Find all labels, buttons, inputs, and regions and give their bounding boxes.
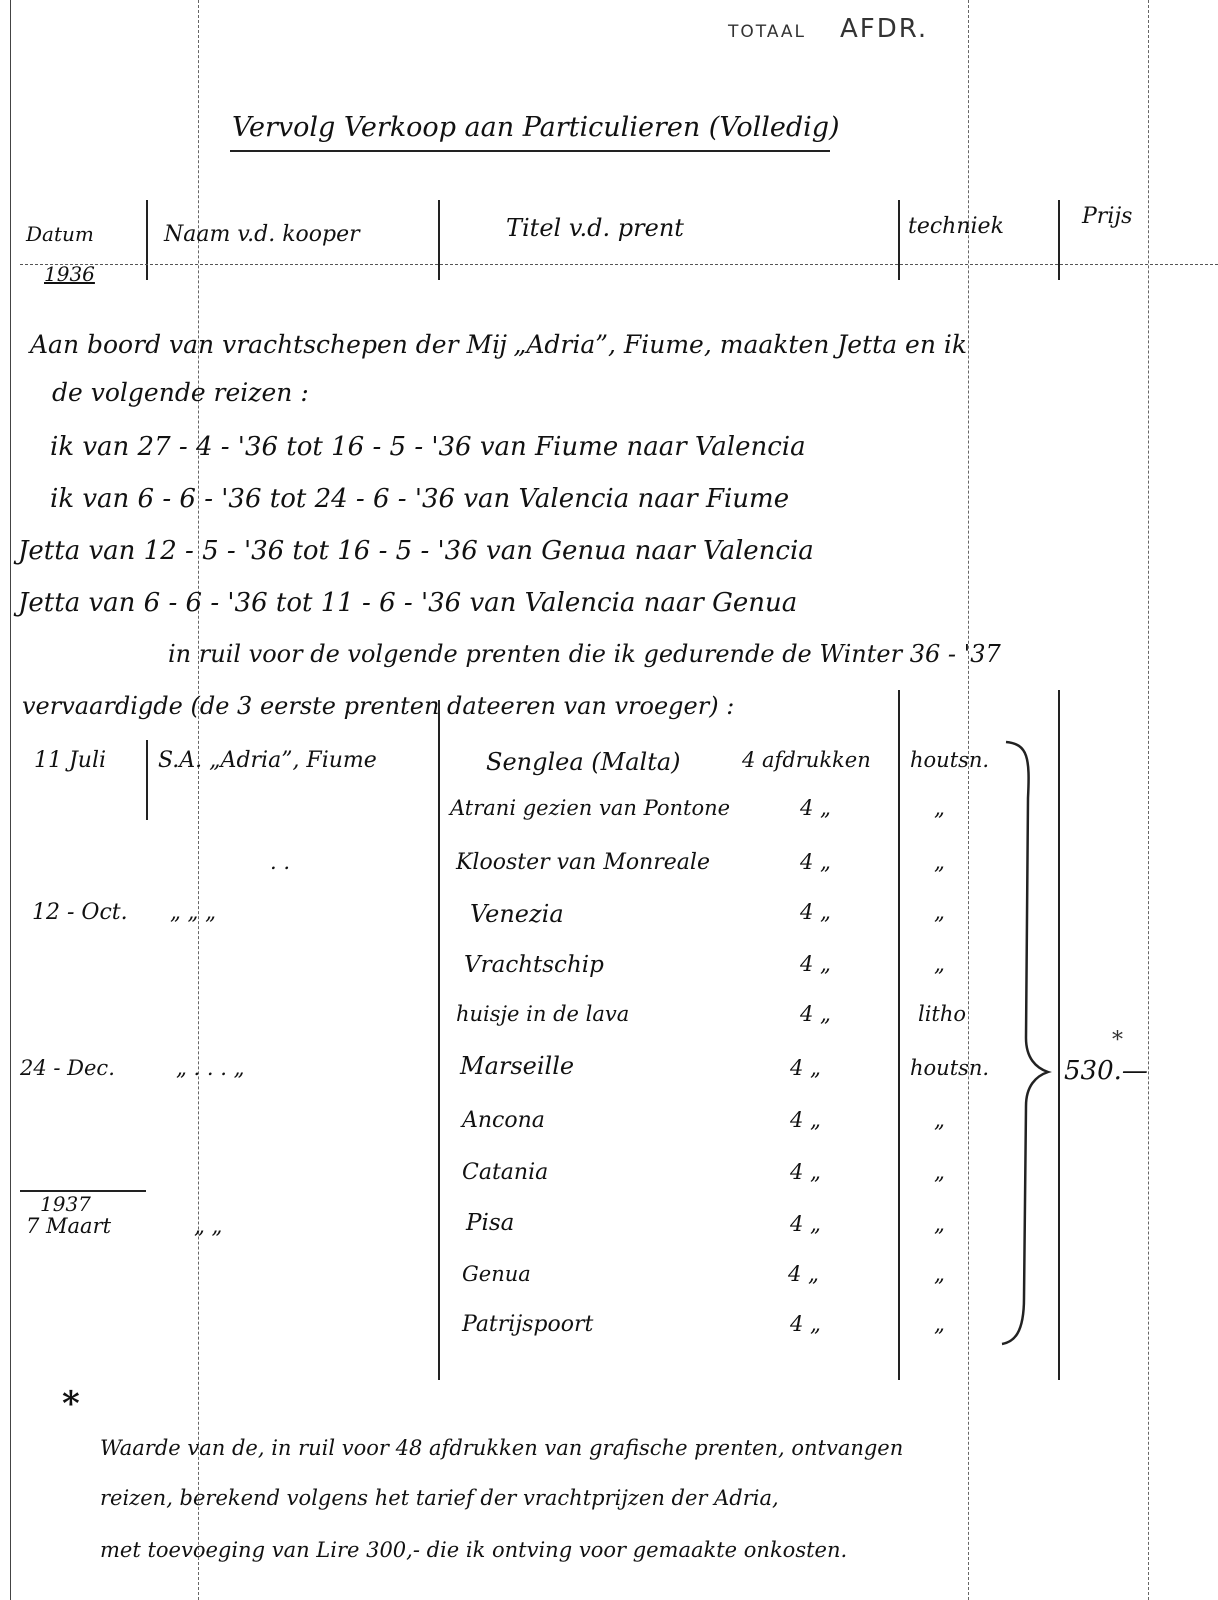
row-tech: „ [934,1160,945,1184]
row-date: 12 - Oct. [32,900,128,925]
header-naam: Naam v.d. kooper [164,222,360,247]
total-price: 530.— [1064,1056,1148,1086]
page-title-text: Vervolg Verkoop aan Particulieren (Volle… [232,112,840,143]
row-count: 4 „ [788,1262,819,1286]
header-prijs: Prijs [1082,204,1132,229]
trip-2: ik van 6 - 6 - '36 tot 24 - 6 - '36 van … [50,484,789,514]
header-datum: Datum [26,222,94,246]
row-buyer: „ . . . „ [176,1056,245,1080]
row-title: Marseille [460,1052,574,1080]
row-tech: litho [918,1002,966,1026]
trip-who: Jetta [18,588,80,618]
header-techniek: techniek [908,214,1004,239]
row-title: Ancona [462,1108,545,1133]
row-count: 4 afdrukken [742,748,871,772]
intro-line-1: Aan boord van vrachtschepen der Mĳ „Adri… [30,330,967,359]
stamp-afdr: AFDR. [840,14,928,44]
trip-text: van 6 - 6 - '36 tot 11 - 6 - '36 van Val… [88,588,797,618]
row-tech: „ [934,900,945,924]
footnote-line-1: Waarde van de, in ruil voor 48 afdrukken… [100,1436,903,1460]
col-sep-3 [898,200,900,280]
trip-who: ik [50,484,74,514]
row-buyer: S.A. „Adria”, Fiume [158,748,377,773]
row-count: 4 „ [790,1160,821,1184]
row-title: Venezia [470,900,564,928]
row-tech: houtsn. [910,748,989,772]
row-count: 4 „ [790,1212,821,1236]
trip-who: ik [50,432,74,462]
row-count: 4 „ [800,796,831,820]
faint-col-line [968,0,969,1600]
trip-text: van 27 - 4 - '36 tot 16 - 5 - '36 van Fi… [82,432,805,462]
row-date: 11 Juli [34,748,106,773]
row-tech: houtsn. [910,1056,989,1080]
row-title: Genua [462,1262,531,1286]
row-tech: „ [934,952,945,976]
row-title: Senglea (Malta) [486,748,681,776]
col-sep-body-1 [146,740,148,820]
title-underline [230,150,830,152]
footnote-line-2: reizen, berekend volgens het tarief der … [100,1486,779,1510]
trip-who: Jetta [18,536,80,566]
row-count: 4 „ [800,952,831,976]
stamp-totaal: TOTAAL [728,22,806,42]
page-title: Vervolg Verkoop aan Particulieren (Volle… [232,112,840,143]
row-title: Patrijspoort [462,1312,593,1337]
col-sep-1 [146,200,148,280]
row-title: Vrachtschip [464,952,604,978]
row-date: 7 Maart [26,1214,111,1238]
trip-4: Jetta van 6 - 6 - '36 tot 11 - 6 - '36 v… [18,588,797,618]
header-titel: Titel v.d. prent [506,214,684,242]
row-count: 4 „ [800,850,831,874]
intro-line-3: in ruil voor de volgende prenten die ik … [168,640,1001,668]
row-tech: „ [934,850,945,874]
row-title: Atrani gezien van Pontone [450,796,730,820]
col-sep-4 [1058,200,1060,280]
row-title: huisje in de lava [456,1002,629,1026]
trip-1: ik van 27 - 4 - '36 tot 16 - 5 - '36 van… [50,432,806,462]
col-sep-2 [438,200,440,280]
row-tech: „ [934,1262,945,1286]
row-buyer: „ „ „ [170,900,216,924]
row-title: Pisa [466,1210,514,1236]
row-tech: „ [934,1212,945,1236]
year-1936: 1936 [44,262,95,286]
trip-3: Jetta van 12 - 5 - '36 tot 16 - 5 - '36 … [18,536,814,566]
faint-col-line [1148,0,1149,1600]
row-count: 4 „ [800,1002,831,1026]
header-rule [20,264,1218,265]
total-asterisk: * [1112,1028,1123,1053]
brace-icon [1000,738,1060,1348]
row-count: 4 „ [800,900,831,924]
trip-text: van 6 - 6 - '36 tot 24 - 6 - '36 van Val… [82,484,789,514]
row-tech: „ [934,1108,945,1132]
row-count: 4 „ [790,1056,821,1080]
row-buyer: . . [270,850,290,874]
intro-line-4: vervaardigde (de 3 eerste prenten dateer… [22,692,734,720]
col-sep-body-3 [898,690,900,1380]
trip-text: van 12 - 5 - '36 tot 16 - 5 - '36 van Ge… [88,536,813,566]
margin-line [10,0,11,1600]
intro-line-2: de volgende reizen : [52,378,309,407]
year-1937: 1937 [40,1192,91,1216]
row-title: Catania [462,1160,548,1185]
row-date: 24 - Dec. [20,1056,115,1080]
row-count: 4 „ [790,1108,821,1132]
row-tech: „ [934,1312,945,1336]
footnote-line-3: met toevoeging van Lire 300,- die ik ont… [100,1538,847,1562]
col-sep-body-2 [438,700,440,1380]
row-tech: „ [934,796,945,820]
footnote-asterisk: * [62,1384,80,1424]
row-count: 4 „ [790,1312,821,1336]
row-buyer: „ „ [194,1214,222,1238]
row-title: Klooster van Monreale [456,850,710,875]
